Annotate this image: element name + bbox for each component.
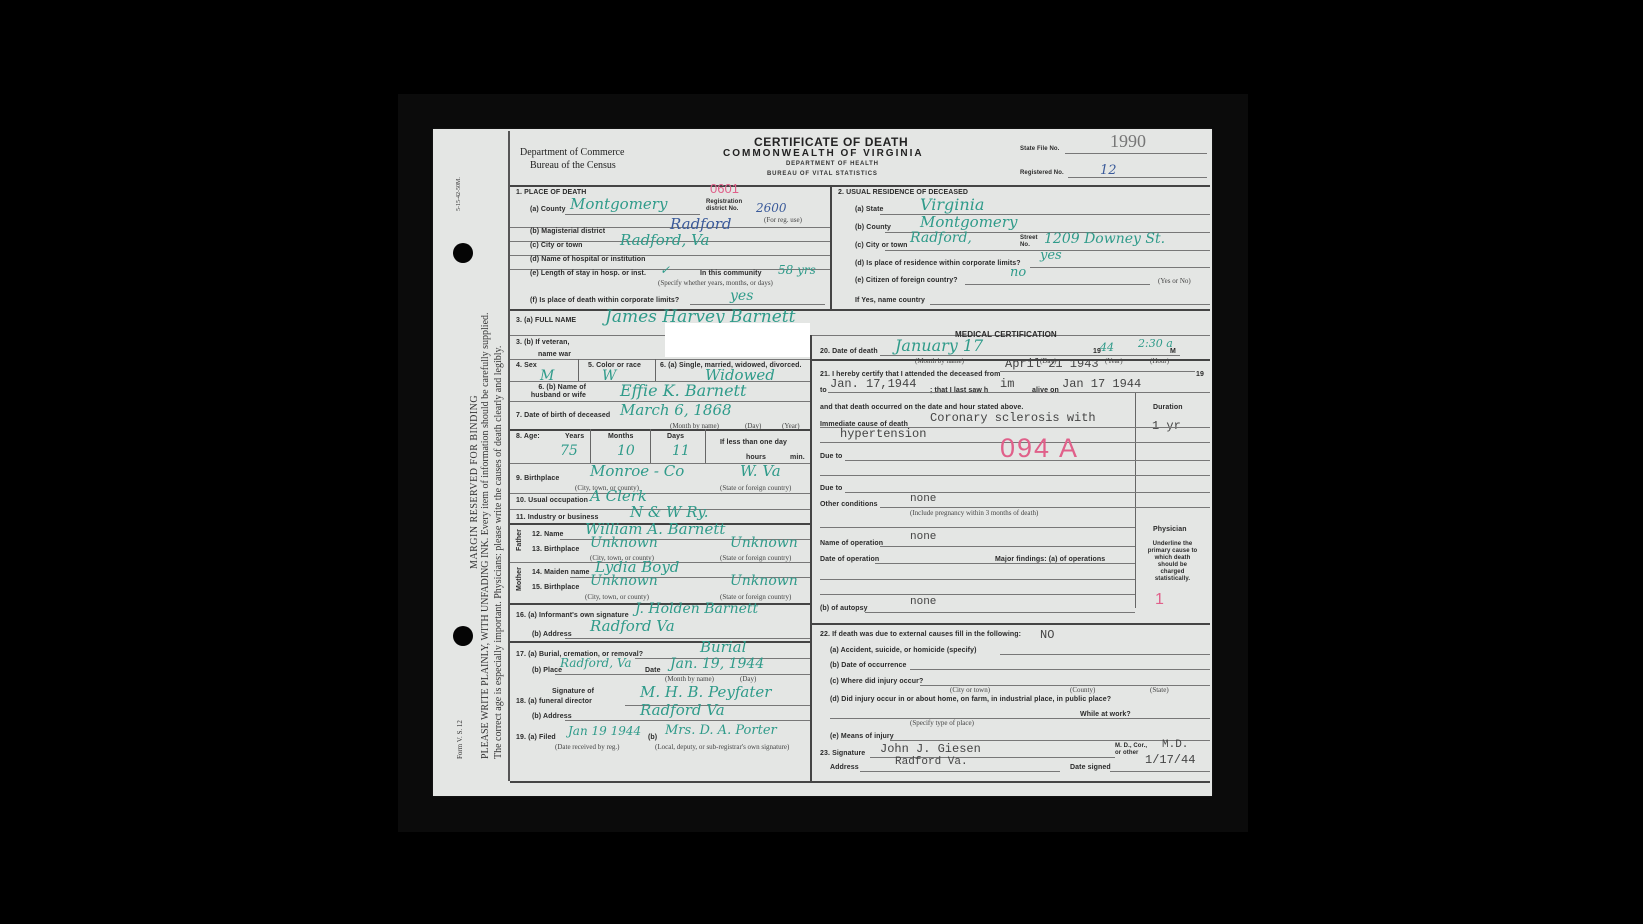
dob-label: 7. Date of birth of deceased: [516, 412, 610, 419]
form-number: Form V. S. 12: [456, 720, 464, 759]
place-question: (d) Did injury occur in or about home, o…: [830, 696, 1111, 703]
director-sig-label: Signature of: [552, 688, 594, 695]
director-signature: M. H. B. Peyfater: [640, 683, 771, 701]
due-to-label-1: Due to: [820, 453, 842, 460]
director-address: Radford Va: [640, 701, 725, 719]
father-birth-state: Unknown: [730, 535, 798, 551]
dod-label: 20. Date of death: [820, 348, 878, 355]
redaction-box: [665, 323, 810, 357]
alive-on: Jan 17 1944: [1062, 377, 1141, 391]
dob-value: March 6, 1868: [620, 401, 732, 419]
death-certificate: Form V. S. 12 5-15-42-50M. MARGIN RESERV…: [433, 129, 1212, 796]
other-conditions-value: none: [910, 493, 936, 505]
age-years-value: 75: [560, 443, 578, 459]
registrar-note: (Local, deputy, or sub-registrar's own s…: [655, 743, 789, 751]
veteran-label: 3. (b) If veteran,: [516, 339, 570, 346]
specify-note: (Specify type of place): [910, 719, 974, 727]
industry-value: N & W Ry.: [630, 503, 708, 521]
res-county-value: Montgomery: [920, 213, 1017, 231]
informant-signature: J. Holden Barnett: [635, 601, 758, 617]
autopsy-label: (b) of autopsy: [820, 605, 868, 612]
physician-signature: John J. Giesen: [880, 742, 981, 756]
duration-label: Duration: [1153, 404, 1183, 411]
accident-label: (a) Accident, suicide, or homicide (spec…: [830, 647, 977, 654]
res-corporate-label: (d) Is place of residence within corpora…: [855, 260, 1021, 267]
country-label: If Yes, name country: [855, 297, 925, 304]
birthplace-state-note: (State or foreign country): [720, 484, 791, 492]
work-label: While at work?: [1080, 711, 1131, 718]
where-state-note: (State): [1150, 686, 1169, 694]
operation-value: none: [910, 531, 936, 543]
certificate-title: CERTIFICATE OF DEATH: [754, 135, 908, 149]
attend-19: 19: [1196, 371, 1204, 378]
pregnancy-note: (Include pregnancy within 3 months of de…: [910, 509, 1038, 517]
registered-label: Registered No.: [1020, 170, 1064, 176]
director-address-label: (b) Address: [532, 713, 572, 720]
reg-district-value: 2600: [756, 201, 787, 215]
stay-value: ✓: [660, 263, 670, 277]
registrar-signature: Mrs. D. A. Porter: [665, 723, 777, 738]
city-label: (c) City or town: [530, 242, 583, 249]
citizen-label: (e) Citizen of foreign country?: [855, 277, 958, 284]
res-state-value: Virginia: [920, 195, 984, 214]
father-birth-city: Unknown: [590, 535, 658, 551]
due-to-label-2: Due to: [820, 485, 842, 492]
community-value: 58 yrs: [778, 263, 816, 277]
physician-label: Physician: [1153, 526, 1187, 533]
city-value: Radford, Va: [620, 231, 709, 249]
state-file-number: 1990: [1110, 131, 1146, 152]
spouse-label: 6. (b) Name of husband or wife: [516, 384, 586, 400]
citizen-value: no: [1010, 265, 1026, 280]
occurrence-date-label: (b) Date of occurrence: [830, 662, 907, 669]
age-days-value: 11: [672, 443, 690, 459]
signature-label: 23. Signature: [820, 750, 865, 757]
where-label: (c) Where did injury occur?: [830, 678, 923, 685]
age-years-label: Years: [565, 433, 584, 440]
res-city-value: Radford,: [910, 230, 972, 246]
father-state-note: (State or foreign country): [720, 554, 791, 562]
street-label: Street No.: [1020, 235, 1042, 249]
yes-no-note: (Yes or No): [1158, 277, 1191, 285]
bureau-census: Bureau of the Census: [530, 160, 616, 171]
occurred-text: and that death occurred on the date and …: [820, 404, 1023, 411]
age-days-label: Days: [667, 433, 684, 440]
filed-value: Jan 19 1944: [568, 724, 641, 738]
form-frame: Department of Commerce Bureau of the Cen…: [508, 131, 1210, 781]
hospital-label: (d) Name of hospital or institution: [530, 256, 646, 263]
bureau-vital-statistics: BUREAU OF VITAL STATISTICS: [767, 171, 878, 177]
attend-to: Jan. 17,1944: [830, 377, 916, 391]
informant-address-label: (b) Address: [532, 631, 572, 638]
dod-value: January 17: [895, 336, 983, 355]
autopsy-value: none: [910, 596, 936, 608]
binder-hole: [453, 243, 473, 263]
filed-label: 19. (a) Filed: [516, 734, 556, 741]
attend-from: April 21 1943: [1005, 357, 1099, 371]
county-value: Montgomery: [570, 195, 667, 213]
other-conditions-label: Other conditions: [820, 501, 878, 508]
instruction-line-2: The correct age is especially important.…: [493, 346, 504, 759]
birthplace-city: Monroe - Co: [590, 462, 684, 480]
sig-address: Radford Va.: [895, 756, 968, 768]
dept-commerce: Department of Commerce: [520, 147, 624, 158]
department-health: DEPARTMENT OF HEALTH: [786, 161, 879, 167]
father-birthplace-label: 13. Birthplace: [532, 546, 579, 553]
min-label: min.: [790, 454, 805, 461]
res-city-label: (c) City or town: [855, 242, 908, 249]
mother-birthplace-label: 15. Birthplace: [532, 584, 579, 591]
birthplace-label: 9. Birthplace: [516, 475, 559, 482]
reg-use-note: (For reg. use): [764, 216, 802, 224]
sig-address-label: Address: [830, 764, 859, 771]
director-label: 18. (a) funeral director: [516, 698, 592, 705]
age-less-label: If less than one day: [720, 439, 787, 446]
burial-date-label: Date: [645, 667, 661, 674]
external-heading: 22. If death was due to external causes …: [820, 631, 1021, 638]
corporate-label: (f) Is place of death within corporate l…: [530, 297, 679, 304]
means-label: (e) Means of injury: [830, 733, 894, 740]
filed-note: (Date received by reg.): [555, 743, 620, 751]
where-county-note: (County): [1070, 686, 1095, 694]
street-value: 1209 Downey St.: [1044, 231, 1165, 247]
res-state-label: (a) State: [855, 206, 884, 213]
spouse-value: Effie K. Barnett: [620, 381, 746, 400]
county-label: (a) County: [530, 206, 566, 213]
mother-birth-state: Unknown: [730, 573, 798, 589]
age-months-label: Months: [608, 433, 633, 440]
binding-note: MARGIN RESERVED FOR BINDING: [469, 395, 480, 569]
registered-number: 12: [1100, 163, 1117, 178]
burial-date: Jan. 19, 1944: [670, 656, 764, 672]
state-title: COMMONWEALTH OF VIRGINIA: [723, 148, 924, 159]
sex-label: 4. Sex: [516, 362, 537, 369]
occupation-label: 10. Usual occupation: [516, 497, 588, 504]
age-months-value: 10: [617, 443, 635, 459]
physician-title: M.D.: [1162, 739, 1188, 751]
date-signed: 1/17/44: [1145, 753, 1195, 767]
stay-note: (Specify whether years, months, or days): [658, 279, 773, 287]
reg-district-label: Registration district No.: [706, 199, 751, 213]
res-corporate-value: yes: [1040, 248, 1062, 263]
dod-hour-suffix: M: [1170, 348, 1176, 355]
to-label: to: [820, 387, 827, 394]
father-side-label: Father: [516, 529, 523, 551]
mother-name-label: 14. Maiden name: [532, 569, 590, 576]
burial-place: Radford, Va: [560, 656, 632, 670]
burial-month-note: (Month by name): [665, 675, 714, 683]
date-signed-label: Date signed: [1070, 764, 1111, 771]
full-name-label: 3. (a) FULL NAME: [516, 317, 576, 324]
duration-value: 1 yr: [1152, 419, 1181, 433]
external-answer: NO: [1040, 628, 1054, 642]
state-file-label: State File No.: [1020, 146, 1059, 152]
burial-method: Burial: [700, 638, 746, 656]
immediate-cause-line-2: hypertension: [840, 427, 926, 441]
burial-day-note: (Day): [740, 675, 756, 683]
immediate-cause-line-1: Coronary sclerosis with: [930, 411, 1096, 425]
physician-note: Underline the primary cause to which dea…: [1145, 541, 1200, 583]
where-city-note: (City or town): [950, 686, 990, 694]
physician-mark: 1: [1155, 591, 1164, 609]
mother-birth-city: Unknown: [590, 573, 658, 589]
binder-hole: [453, 626, 473, 646]
magisterial-label: (b) Magisterial district: [530, 228, 605, 235]
corporate-value: yes: [730, 288, 753, 304]
community-label: In this community: [700, 270, 762, 277]
birthplace-state: W. Va: [740, 462, 781, 480]
last-saw-pronoun: im: [1000, 377, 1014, 391]
dod-time: 2:30 a: [1138, 337, 1173, 350]
stay-label: (e) Length of stay in hosp. or inst.: [530, 270, 646, 277]
informant-address: Radford Va: [590, 617, 675, 635]
print-code: 5-15-42-50M.: [456, 177, 462, 211]
mother-side-label: Mother: [516, 567, 523, 591]
operation-label: Name of operation: [820, 540, 883, 547]
instruction-line-1: PLEASE WRITE PLAINLY, WITH UNFADING INK.…: [480, 312, 491, 759]
district-stamp: 0601: [710, 181, 739, 196]
registrar-label: (b): [648, 734, 657, 741]
hours-label: hours: [746, 454, 766, 461]
mother-city-note: (City, town, or county): [585, 593, 649, 601]
father-name-label: 12. Name: [532, 531, 564, 538]
age-label: 8. Age:: [516, 433, 540, 440]
mother-state-note: (State or foreign country): [720, 593, 791, 601]
burial-place-label: (b) Place: [532, 667, 562, 674]
findings-label: Major findings: (a) of operations: [995, 556, 1105, 563]
op-date-label: Date of operation: [820, 556, 879, 563]
dod-year: 44: [1100, 341, 1114, 354]
res-county-label: (b) County: [855, 224, 891, 231]
war-label: name war: [538, 351, 571, 358]
